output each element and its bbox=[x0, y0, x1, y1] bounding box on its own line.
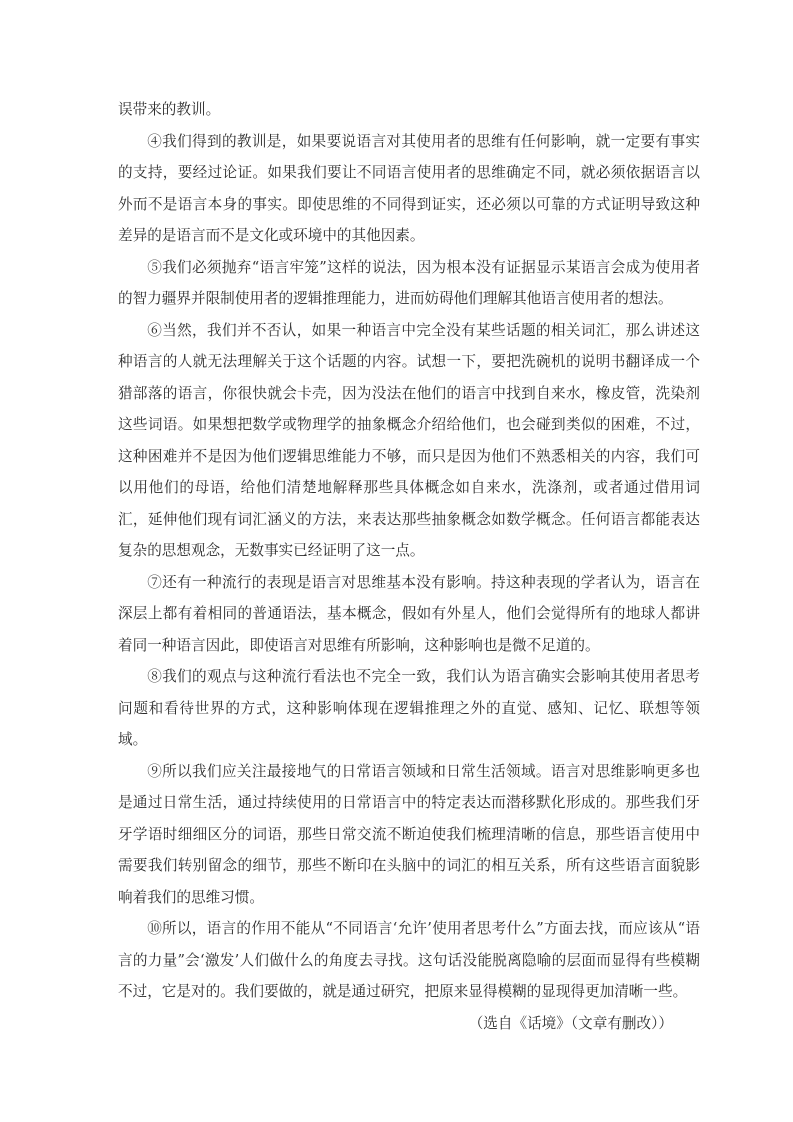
continuation-line: 误带来的教训。 bbox=[118, 94, 700, 126]
paragraph-10: ⑩所以，语言的作用不能从“不同语言‘允许’使用者思考什么”方面去找，而应该从“语… bbox=[118, 913, 700, 1008]
paragraph-7: ⑦还有一种流行的表现是语言对思维基本没有影响。持这种表现的学者认为，语言在深层上… bbox=[118, 567, 700, 662]
paragraph-9: ⑨所以我们应关注最接地气的日常语言领域和日常生活领域。语言对思维影响更多也是通过… bbox=[118, 756, 700, 914]
document-page: 误带来的教训。 ④我们得到的教训是，如果要说语言对其使用者的思维有任何影响，就一… bbox=[0, 0, 793, 1122]
paragraph-5: ⑤我们必须抛弃“语言牢笼”这样的说法，因为根本没有证据显示某语言会成为使用者的智… bbox=[118, 252, 700, 315]
paragraph-4: ④我们得到的教训是，如果要说语言对其使用者的思维有任何影响，就一定要有事实的支持… bbox=[118, 126, 700, 252]
paragraph-8: ⑧我们的观点与这种流行看法也不完全一致，我们认为语言确实会影响其使用者思考问题和… bbox=[118, 661, 700, 756]
source-attribution: （选自《话境》（文章有删改）） bbox=[118, 1008, 700, 1040]
paragraph-6: ⑥当然，我们并不否认，如果一种语言中完全没有某些话题的相关词汇，那么讲述这种语言… bbox=[118, 315, 700, 567]
